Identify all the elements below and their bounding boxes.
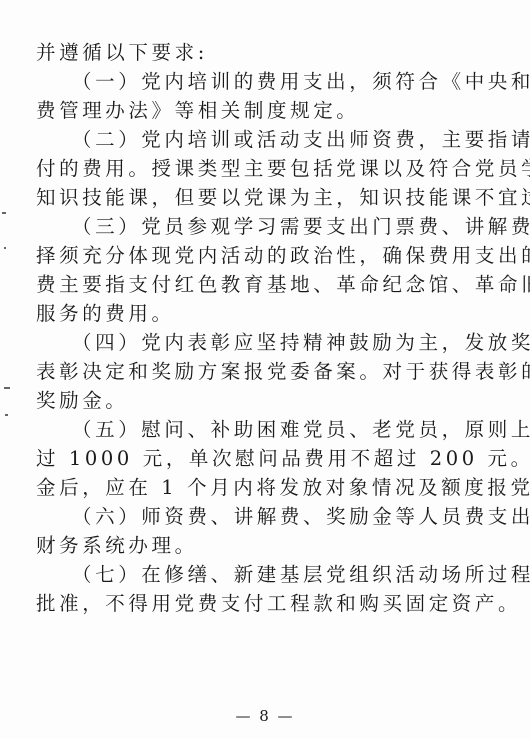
scan-mark xyxy=(2,212,6,214)
text-line: 财务系统办理。 xyxy=(36,531,464,560)
item-4-heading-line: （四）党内表彰应坚持精神鼓励为主，发放奖励金应事先将 xyxy=(36,328,464,357)
item-1-heading-line: （一）党内培训的费用支出，须符合《中央和国家机关培训 xyxy=(36,67,464,96)
text-line: 知识技能课，但要以党课为主，知识技能课不宜过多。 xyxy=(36,183,464,212)
text-line: 费主要指支付红色教育基地、革命纪念馆、革命旧址等提供讲解 xyxy=(36,270,464,299)
scan-mark xyxy=(4,387,10,389)
document-page: 并遵循以下要求: （一）党内培训的费用支出，须符合《中央和国家机关培训 费管理办… xyxy=(0,0,530,739)
text-line: 过 1000 元，单次慰问品费用不超过 200 元。发放慰问金或补助 xyxy=(36,444,464,473)
text-line: 金后，应在 1 个月内将发放对象情况及额度报党委备案。 xyxy=(36,473,464,502)
text-line: 费管理办法》等相关制度规定。 xyxy=(36,96,464,125)
text-line: 择须充分体现党内活动的政治性，确保费用支出的必要性。讲解 xyxy=(36,241,464,270)
text-line: 批准，不得用党费支付工程款和购买固定资产。 xyxy=(36,589,464,618)
text-line: 付的费用。授课类型主要包括党课以及符合党员学习工作需要的 xyxy=(36,154,464,183)
scan-mark xyxy=(4,247,6,249)
item-5-heading-line: （五）慰问、补助困难党员、老党员，原则上单人每年不超 xyxy=(36,415,464,444)
item-2-heading-line: （二）党内培训或活动支出师资费，主要指请师资授课所支 xyxy=(36,125,464,154)
document-body: 并遵循以下要求: （一）党内培训的费用支出，须符合《中央和国家机关培训 费管理办… xyxy=(36,38,464,618)
page-number: — 8 — xyxy=(0,707,530,725)
text-line: 并遵循以下要求: xyxy=(36,38,464,67)
text-line: 表彰决定和奖励方案报党委备案。对于获得表彰的集体，不发放 xyxy=(36,357,464,386)
text-line: 奖励金。 xyxy=(36,386,464,415)
item-6-heading-line: （六）师资费、讲解费、奖励金等人员费支出须通过学校的 xyxy=(36,502,464,531)
scan-mark xyxy=(5,414,8,416)
item-7-heading-line: （七）在修缮、新建基层党组织活动场所过程中，未经学校 xyxy=(36,560,464,589)
text-line: 服务的费用。 xyxy=(36,299,464,328)
item-3-heading-line: （三）党员参观学习需要支出门票费、讲解费的，地点的选 xyxy=(36,212,464,241)
